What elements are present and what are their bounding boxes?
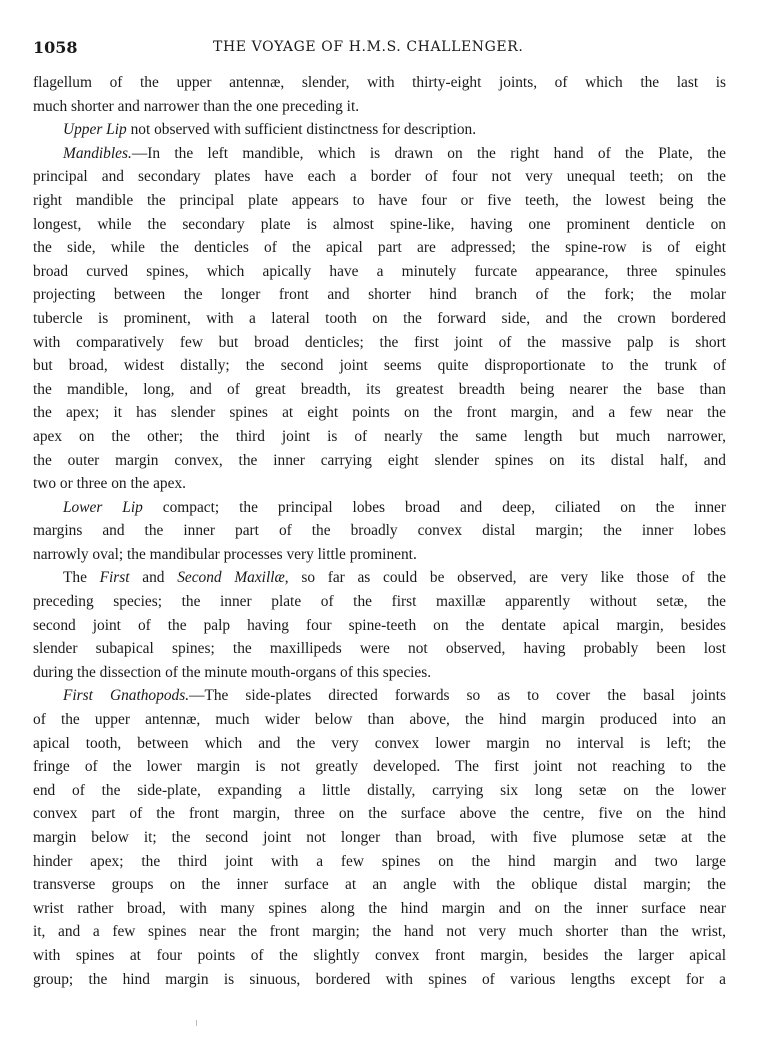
running-title: THE VOYAGE OF H.M.S. CHALLENGER. <box>213 39 523 55</box>
page-header: 1058 THE VOYAGE OF H.M.S. CHALLENGER. <box>33 38 733 62</box>
text-line: the outer margin convex, the inner carry… <box>33 449 726 473</box>
text-segment: projecting between the longer front and … <box>33 286 726 303</box>
text-segment: not observed with sufficient distinctnes… <box>127 121 476 138</box>
text-line: during the dissection of the minute mout… <box>33 661 726 685</box>
body-text: flagellum of the upper antennæ, slender,… <box>33 71 726 991</box>
text-line: much shorter and narrower than the one p… <box>33 95 726 119</box>
text-segment: —In the left mandible, which is drawn on… <box>132 145 726 162</box>
text-line: Mandibles.—In the left mandible, which i… <box>33 142 726 166</box>
text-segment: two or three on the apex. <box>33 475 186 492</box>
text-segment: the side, while the denticles of the api… <box>33 239 726 256</box>
text-line: of the upper antennæ, much wider below t… <box>33 708 726 732</box>
text-line: apex on the other; the third joint is of… <box>33 425 726 449</box>
text-line: slender subapical spines; the maxilliped… <box>33 637 726 661</box>
document-page: 1058 THE VOYAGE OF H.M.S. CHALLENGER. fl… <box>0 0 776 1050</box>
text-segment: , so far as could be observed, are very … <box>285 569 726 586</box>
text-segment: The <box>63 569 100 586</box>
text-segment: principal and secondary plates have each… <box>33 168 726 185</box>
text-line: margins and the inner part of the broadl… <box>33 519 726 543</box>
text-segment: —The side-plates directed forwards so as… <box>189 687 726 704</box>
text-line: right mandible the principal plate appea… <box>33 189 726 213</box>
text-line: it, and a few spines near the front marg… <box>33 920 726 944</box>
text-line: tubercle is prominent, with a lateral to… <box>33 307 726 331</box>
italic-heading: First <box>100 569 130 586</box>
text-segment: end of the side-plate, expanding a littl… <box>33 782 726 799</box>
text-segment: margin below it; the second joint not lo… <box>33 829 726 846</box>
text-segment: much shorter and narrower than the one p… <box>33 98 359 115</box>
text-segment: the apex; it has slender spines at eight… <box>33 404 726 421</box>
text-segment: of the upper antennæ, much wider below t… <box>33 711 726 728</box>
text-segment: the outer margin convex, the inner carry… <box>33 452 726 469</box>
text-segment: and <box>130 569 178 586</box>
text-segment: broad curved spines, which apically have… <box>33 263 726 280</box>
italic-heading: Lower Lip <box>63 499 143 516</box>
page-number: 1058 <box>33 38 78 57</box>
text-line: The First and Second Maxillæ, so far as … <box>33 566 726 590</box>
italic-heading: Second Maxillæ <box>177 569 285 586</box>
text-segment: longest, while the secondary plate is al… <box>33 216 726 233</box>
text-segment: apical tooth, between which and the very… <box>33 735 726 752</box>
italic-heading: Upper Lip <box>63 121 127 138</box>
text-line: fringe of the lower margin is not greatl… <box>33 755 726 779</box>
text-segment: fringe of the lower margin is not greatl… <box>33 758 726 775</box>
text-line: end of the side-plate, expanding a littl… <box>33 779 726 803</box>
text-segment: slender subapical spines; the maxilliped… <box>33 640 726 657</box>
text-line: First Gnathopods.—The side-plates direct… <box>33 684 726 708</box>
italic-heading: Mandibles. <box>63 145 132 162</box>
text-segment: hinder apex; the third joint with a few … <box>33 853 726 870</box>
text-line: Upper Lip not observed with sufficient d… <box>33 118 726 142</box>
text-line: convex part of the front margin, three o… <box>33 802 726 826</box>
italic-heading: First Gnathopods. <box>63 687 189 704</box>
text-segment: during the dissection of the minute mout… <box>33 664 431 681</box>
text-line: two or three on the apex. <box>33 472 726 496</box>
text-segment: the mandible, long, and of great breadth… <box>33 381 726 398</box>
text-line: but broad, widest distally; the second j… <box>33 354 726 378</box>
text-line: the mandible, long, and of great breadth… <box>33 378 726 402</box>
text-segment: margins and the inner part of the broadl… <box>33 522 726 539</box>
text-segment: apex on the other; the third joint is of… <box>33 428 726 445</box>
text-line: broad curved spines, which apically have… <box>33 260 726 284</box>
text-line: projecting between the longer front and … <box>33 283 726 307</box>
text-segment: narrowly oval; the mandibular processes … <box>33 546 417 563</box>
text-line: the apex; it has slender spines at eight… <box>33 401 726 425</box>
text-line: transverse groups on the inner surface a… <box>33 873 726 897</box>
text-line: flagellum of the upper antennæ, slender,… <box>33 71 726 95</box>
text-line: group; the hind margin is sinuous, borde… <box>33 968 726 992</box>
text-segment: tubercle is prominent, with a lateral to… <box>33 310 726 327</box>
text-segment: with comparatively few but broad denticl… <box>33 334 726 351</box>
scan-speck <box>196 1020 197 1026</box>
text-line: apical tooth, between which and the very… <box>33 732 726 756</box>
text-segment: convex part of the front margin, three o… <box>33 805 726 822</box>
text-line: with spines at four points of the slight… <box>33 944 726 968</box>
text-segment: transverse groups on the inner surface a… <box>33 876 726 893</box>
text-segment: compact; the principal lobes broad and d… <box>143 499 726 516</box>
text-line: Lower Lip compact; the principal lobes b… <box>33 496 726 520</box>
text-segment: wrist rather broad, with many spines alo… <box>33 900 726 917</box>
text-segment: preceding species; the inner plate of th… <box>33 593 726 610</box>
text-segment: it, and a few spines near the front marg… <box>33 923 726 940</box>
text-line: wrist rather broad, with many spines alo… <box>33 897 726 921</box>
text-segment: with spines at four points of the slight… <box>33 947 726 964</box>
text-line: longest, while the secondary plate is al… <box>33 213 726 237</box>
text-segment: but broad, widest distally; the second j… <box>33 357 726 374</box>
text-line: second joint of the palp having four spi… <box>33 614 726 638</box>
text-line: principal and secondary plates have each… <box>33 165 726 189</box>
text-line: narrowly oval; the mandibular processes … <box>33 543 726 567</box>
text-line: hinder apex; the third joint with a few … <box>33 850 726 874</box>
text-segment: right mandible the principal plate appea… <box>33 192 726 209</box>
text-segment: flagellum of the upper antennæ, slender,… <box>33 74 726 91</box>
text-segment: group; the hind margin is sinuous, borde… <box>33 971 726 988</box>
text-line: the side, while the denticles of the api… <box>33 236 726 260</box>
text-line: with comparatively few but broad denticl… <box>33 331 726 355</box>
text-line: preceding species; the inner plate of th… <box>33 590 726 614</box>
text-segment: second joint of the palp having four spi… <box>33 617 726 634</box>
text-line: margin below it; the second joint not lo… <box>33 826 726 850</box>
